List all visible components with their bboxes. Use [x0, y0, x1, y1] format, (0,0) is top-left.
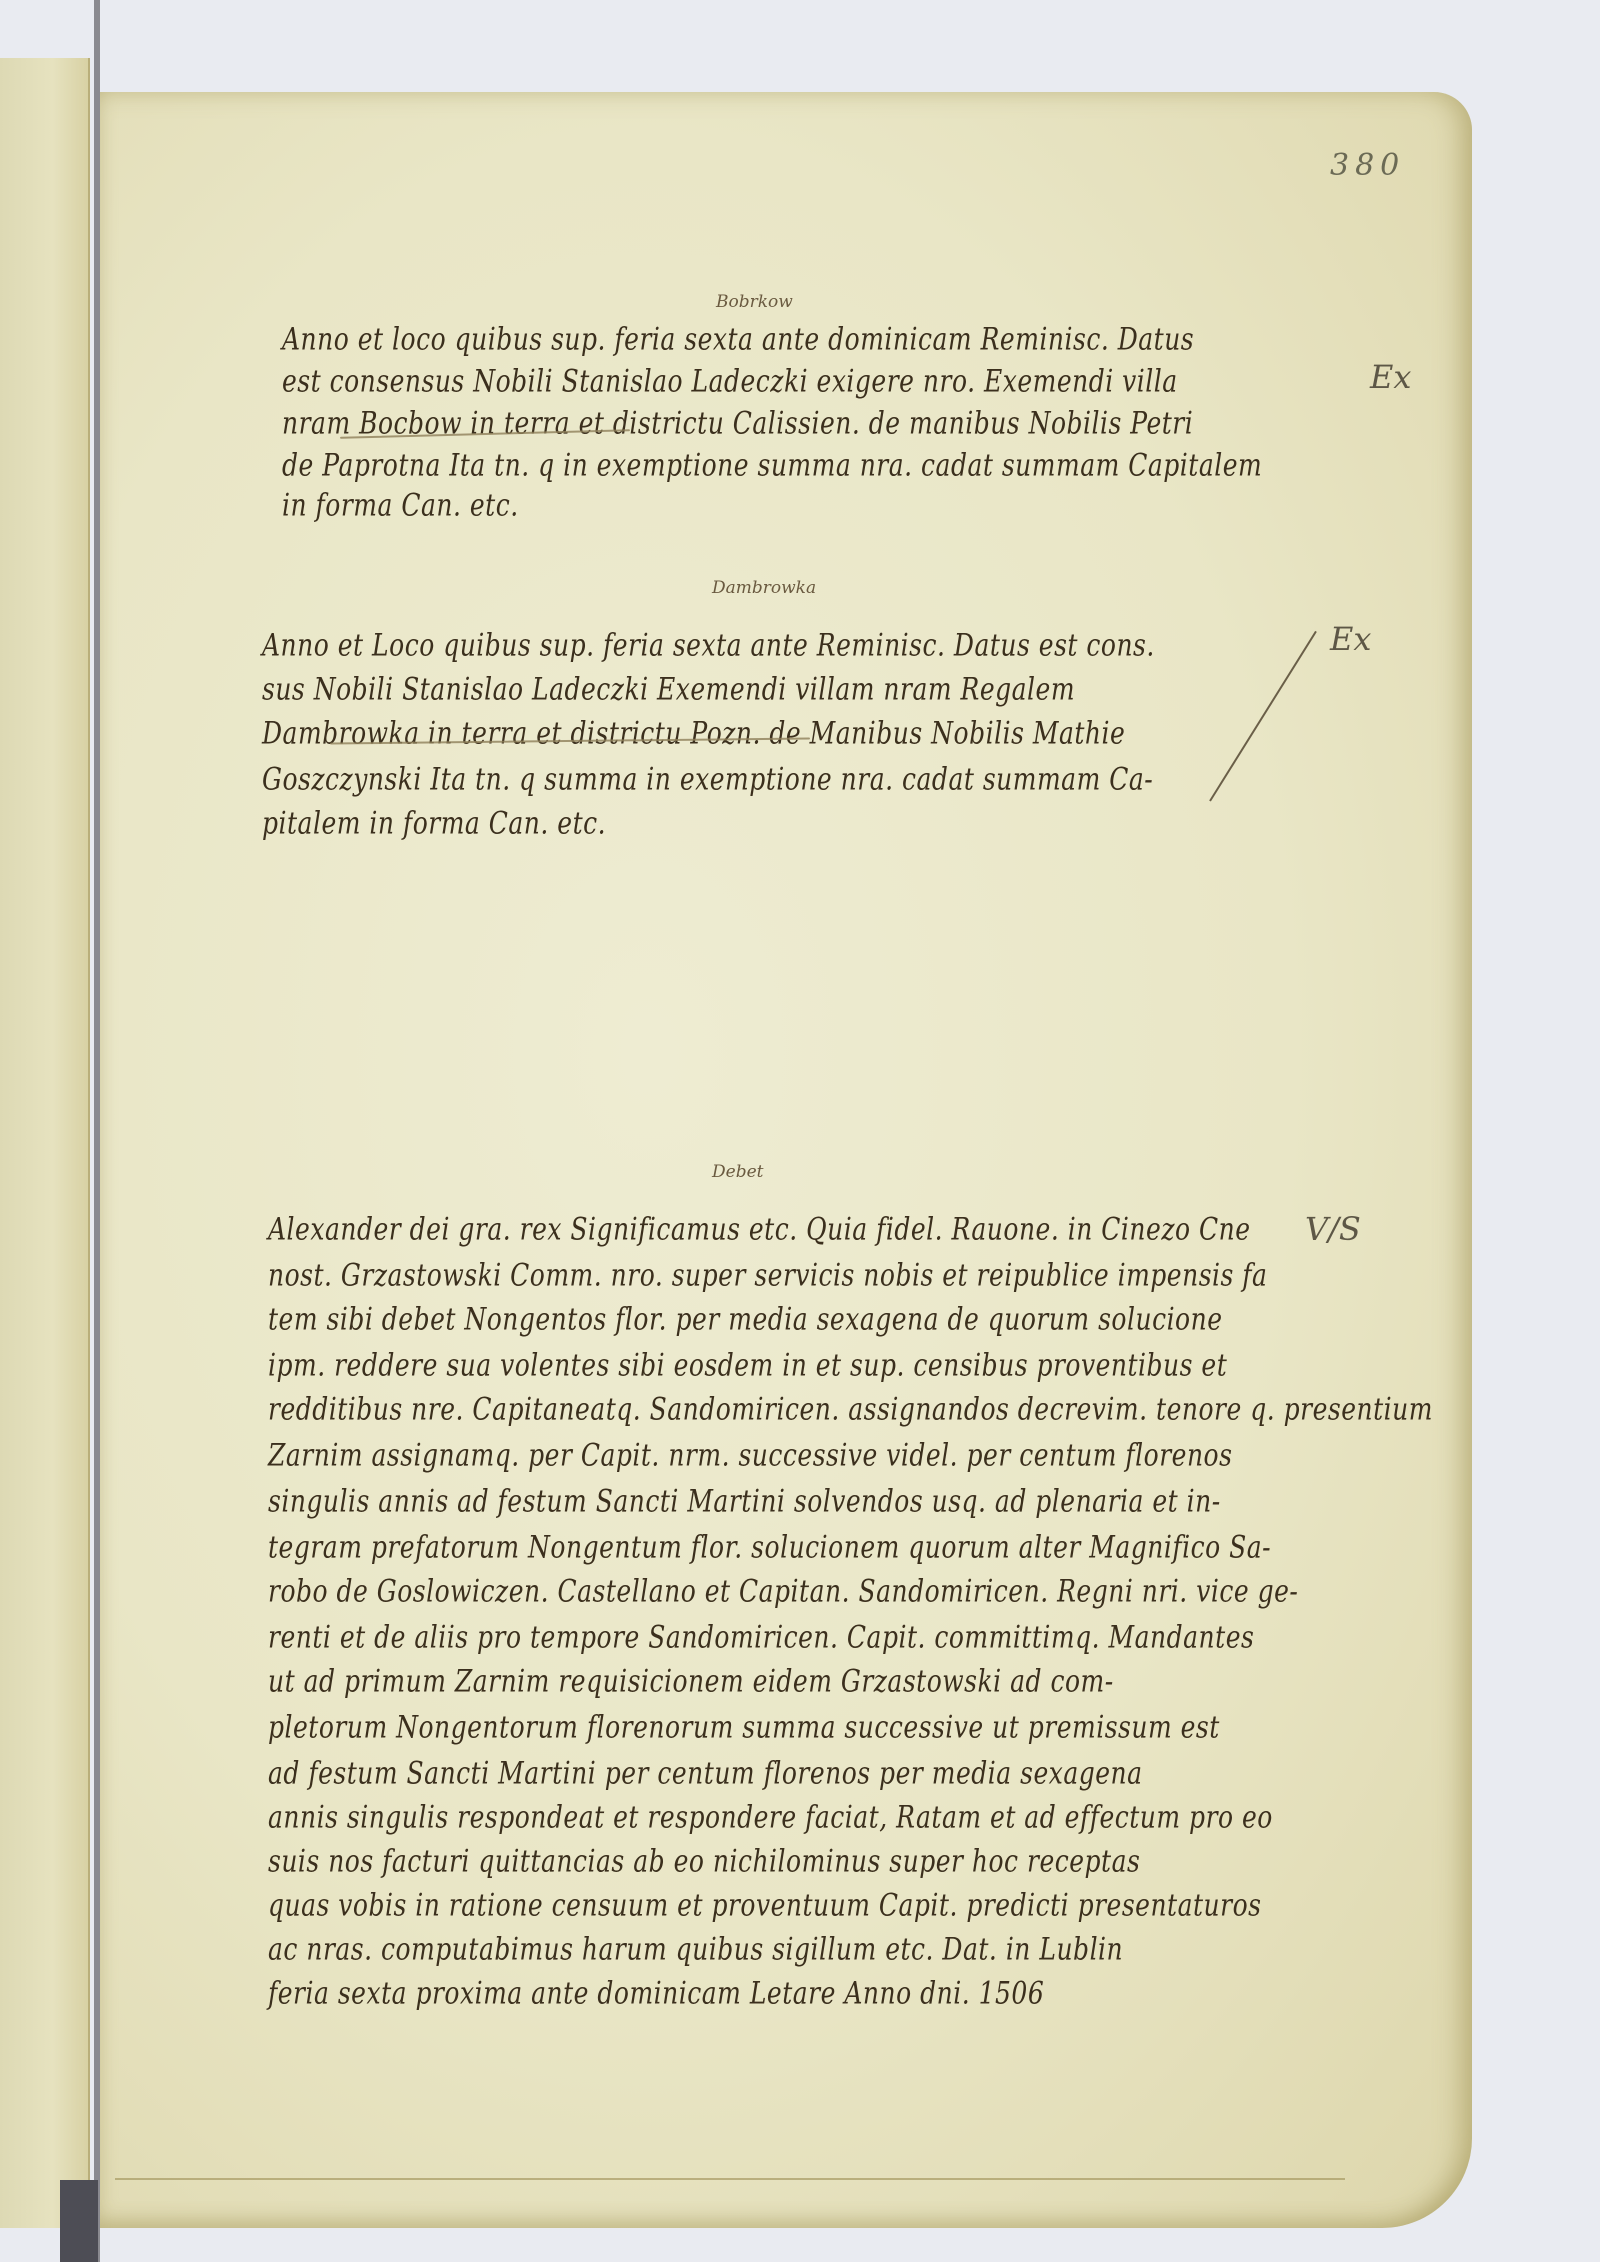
entry-line: sus Nobili Stanislao Ladeczki Exemendi v… — [262, 671, 1075, 707]
entry-heading: Dambrowka — [712, 578, 816, 598]
entry-heading: Debet — [712, 1162, 763, 1182]
entry-line: redditibus nre. Capitaneatq. Sandomirice… — [268, 1391, 1433, 1427]
entry-line: in forma Can. etc. — [282, 487, 519, 523]
entry-line: quas vobis in ratione censuum et provent… — [268, 1887, 1261, 1923]
entry-heading: Bobrkow — [716, 292, 793, 312]
entry-line: feria sexta proxima ante dominicam Letar… — [268, 1975, 1044, 2011]
page-bottom-rule — [115, 2178, 1345, 2180]
entry-line: Alexander dei gra. rex Significamus etc.… — [268, 1211, 1251, 1247]
entry-line: ac nras. computabimus harum quibus sigil… — [268, 1931, 1123, 1967]
entry-line: Anno et loco quibus sup. feria sexta ant… — [282, 321, 1194, 357]
facing-page-edge — [0, 58, 90, 2228]
entry-line: de Paprotna Ita tn. q in exemptione summ… — [282, 447, 1262, 483]
entry-line: robo de Goslowiczen. Castellano et Capit… — [268, 1573, 1298, 1609]
book-clamp — [60, 2180, 98, 2262]
entry-line: renti et de aliis pro tempore Sandomiric… — [268, 1619, 1254, 1655]
entry-line: ad festum Sancti Martini per centum flor… — [268, 1755, 1143, 1791]
entry-line: suis nos facturi quittancias ab eo nichi… — [268, 1843, 1140, 1879]
entry-line: pletorum Nongentorum florenorum summa su… — [268, 1709, 1220, 1745]
entry-line: nost. Grzastowski Comm. nro. super servi… — [268, 1257, 1267, 1293]
margin-note: V/S — [1305, 1210, 1361, 1248]
folio-number: 380 — [1330, 148, 1405, 183]
entry-line: Zarnim assignamq. per Capit. nrm. succes… — [268, 1437, 1232, 1473]
margin-note: Ex — [1330, 620, 1371, 658]
entry-line: annis singulis respondeat et respondere … — [268, 1799, 1273, 1835]
entry-line: ut ad primum Zarnim requisicionem eidem … — [268, 1663, 1114, 1699]
entry-line: tegram prefatorum Nongentum flor. soluci… — [268, 1529, 1271, 1565]
margin-note: Ex — [1370, 358, 1411, 396]
entry-line: ipm. reddere sua volentes sibi eosdem in… — [268, 1347, 1227, 1383]
entry-line: Anno et Loco quibus sup. feria sexta ant… — [262, 627, 1155, 663]
entry-line: Dambrowka in terra et districtu Pozn. de… — [262, 715, 1125, 751]
entry-line: pitalem in forma Can. etc. — [262, 805, 606, 841]
entry-line: Goszczynski Ita tn. q summa in exemption… — [262, 761, 1153, 797]
entry-line: est consensus Nobili Stanislao Ladeczki … — [282, 363, 1178, 399]
entry-line: singulis annis ad festum Sancti Martini … — [268, 1483, 1221, 1519]
entry-line: tem sibi debet Nongentos flor. per media… — [268, 1301, 1223, 1337]
